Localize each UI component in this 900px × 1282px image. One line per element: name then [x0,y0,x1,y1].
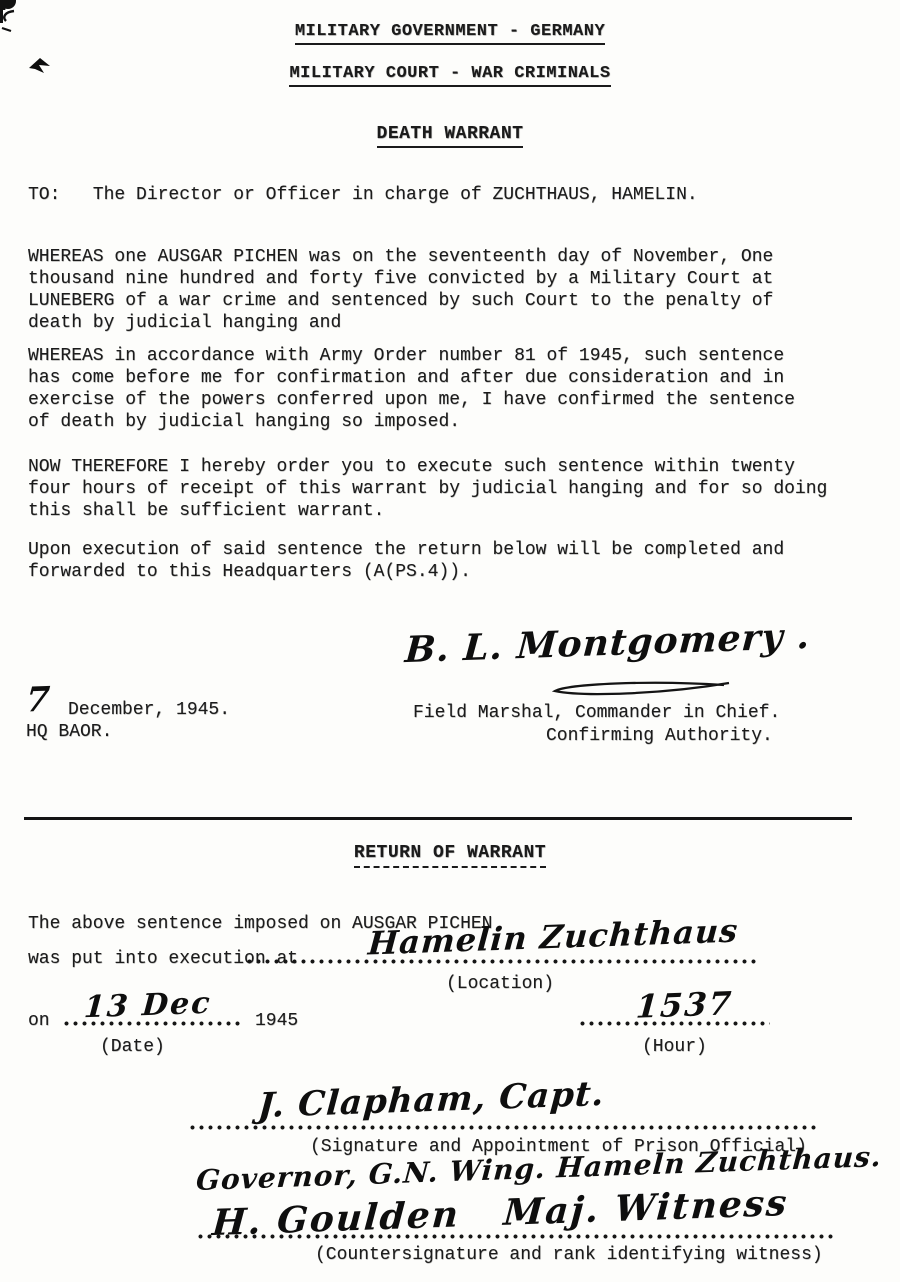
section-divider [24,817,852,820]
paragraph-whereas-2: WHEREAS in accordance with Army Order nu… [28,345,848,433]
signer-role-line: Confirming Authority. [546,725,773,747]
paragraph-whereas-1: WHEREAS one AUSGAR PICHEN was on the sev… [28,246,848,334]
location-label: (Location) [390,973,610,995]
stray-ink-tick [0,0,3,23]
signature-underline-flourish [548,676,733,702]
paragraph-order: NOW THEREFORE I hereby order you to exec… [28,456,858,522]
on-label: on [28,1010,50,1032]
witness-label: (Countersignature and rank identifying w… [315,1244,823,1266]
addressee-line: TO: The Director or Officer in charge of… [28,184,698,206]
date-typed-line: December, 1945. [68,699,230,721]
official-signature-handwritten: J. Clapham, Capt. [257,1074,606,1126]
year-typed: 1945 [255,1010,298,1032]
montgomery-signature-handwritten: B. L. Montgomery . [404,615,812,671]
header-line-1: MILITARY GOVERNMENT - GERMANY [0,22,900,45]
date-label: (Date) [100,1036,165,1058]
header-line-2: MILITARY COURT - WAR CRIMINALS [0,64,900,87]
date-handwritten: 13 Dec [83,986,213,1026]
death-warrant-document: MILITARY GOVERNMENT - GERMANY MILITARY C… [0,0,900,1282]
return-title: RETURN OF WARRANT [0,843,900,868]
hour-label: (Hour) [642,1036,707,1058]
paragraph-return-instruction: Upon execution of said sentence the retu… [28,539,848,583]
date-day-handwritten: 7 [25,680,51,721]
witness-dotted-line [196,1230,836,1239]
signer-title-line: Field Marshal, Commander in Chief. [413,702,780,724]
hour-handwritten: 1537 [635,984,735,1026]
hq-line: HQ BAOR. [26,721,112,743]
document-title: DEATH WARRANT [0,124,900,148]
official-dotted-line [188,1121,820,1130]
